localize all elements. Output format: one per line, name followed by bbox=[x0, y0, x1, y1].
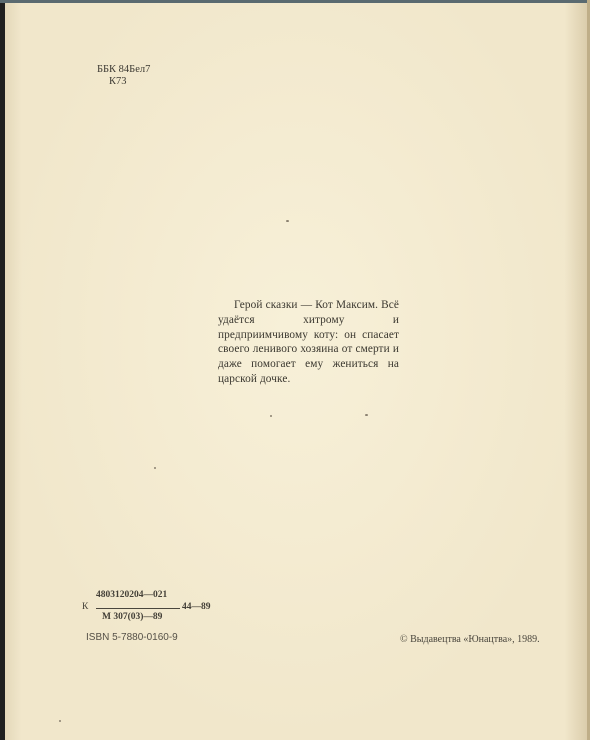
paper-speck bbox=[59, 720, 61, 722]
catalog-denominator: М 307(03)—89 bbox=[102, 612, 162, 622]
paper-speck bbox=[286, 220, 289, 222]
bbk-code: ББК 84Бел7 bbox=[97, 64, 150, 76]
page-edge-top bbox=[0, 0, 590, 3]
author-mark: К73 bbox=[97, 76, 150, 88]
annotation-paragraph: Герой сказки — Кот Максим. Всё удаётся х… bbox=[218, 298, 399, 387]
book-page: ББК 84Бел7 К73 Герой сказки — Кот Максим… bbox=[4, 2, 588, 740]
bbk-classification: ББК 84Бел7 К73 bbox=[97, 64, 150, 88]
paper-speck bbox=[365, 414, 368, 416]
paper-speck bbox=[154, 467, 156, 469]
copyright: © Выдавецтва «Юнацтва», 1989. bbox=[400, 634, 540, 645]
catalog-numerator: 4803120204—021 bbox=[96, 590, 167, 600]
annotation-text: Герой сказки — Кот Максим. Всё удаётся х… bbox=[218, 298, 399, 387]
catalog-suffix: 44—89 bbox=[182, 602, 211, 612]
catalog-prefix: К bbox=[82, 602, 88, 612]
page-edge-left bbox=[0, 0, 5, 740]
fraction-line bbox=[96, 608, 180, 609]
paper-speck bbox=[270, 415, 272, 417]
isbn: ISBN 5-7880-0160-9 bbox=[86, 632, 178, 643]
